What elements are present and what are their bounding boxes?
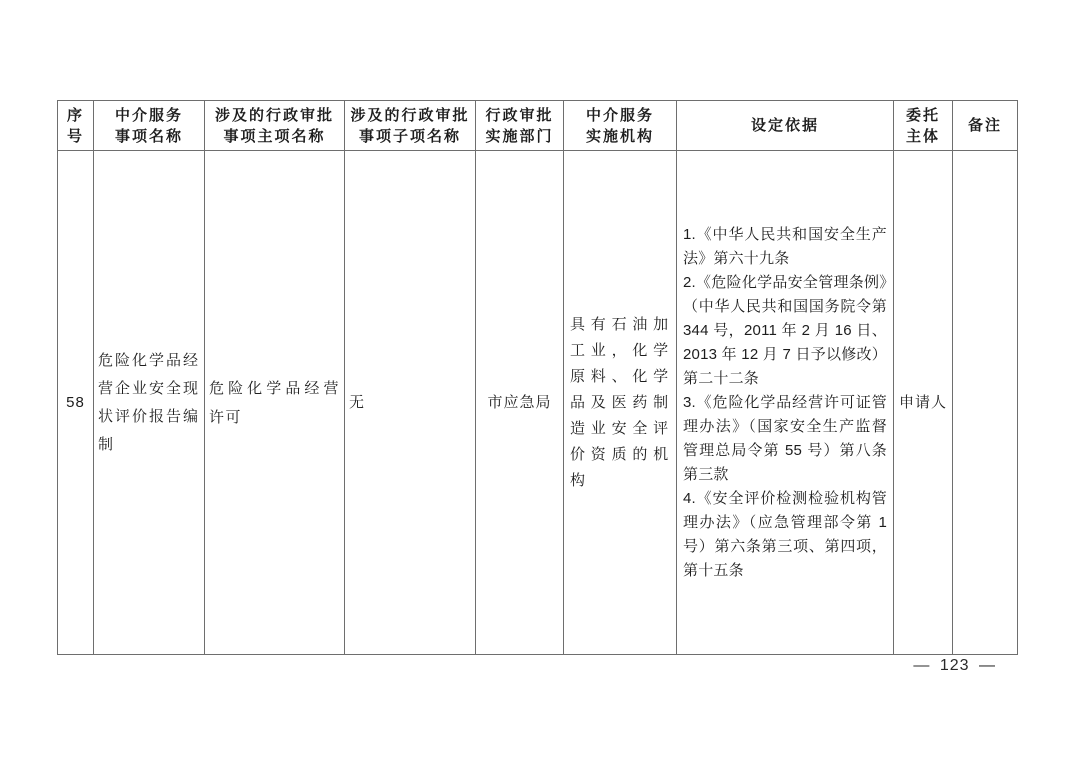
legal-basis-item-3: 3.《危险化学品经营许可证管理办法》（国家安全生产监督管理总局令第 55 号）第… [683,391,887,487]
service-item-name-value: 危险化学品经营企业安全现状评价报告编制 [94,347,204,459]
header-legal-basis: 设定依据 [677,101,894,151]
header-seq: 序 号 [58,101,94,151]
header-remarks: 备注 [953,101,1018,151]
cell-approval-sub-item: 无 [345,151,476,655]
legal-basis-item-1: 1.《中华人民共和国安全生产法》第六十九条 [683,223,887,271]
approval-sub-item-value: 无 [345,389,475,416]
cell-approval-department: 市应急局 [476,151,564,655]
cell-principal: 申请人 [894,151,953,655]
header-service-agency: 中介服务 实施机构 [564,101,677,151]
approval-department-value: 市应急局 [476,389,563,416]
principal-value: 申请人 [894,389,952,416]
seq-value: 58 [58,389,93,416]
cell-service-item-name: 危险化学品经营企业安全现状评价报告编制 [94,151,205,655]
legal-basis-item-2: 2.《危险化学品安全管理条例》（中华人民共和国国务院令第 344 号，2011 … [683,271,887,391]
cell-service-agency: 具有石油加工业，化学原料、化学品及医药制造业安全评价资质的机构 [564,151,677,655]
cell-approval-main-item: 危险化学品经营许可 [205,151,345,655]
header-approval-main-item: 涉及的行政审批 事项主项名称 [205,101,345,151]
service-agency-value: 具有石油加工业，化学原料、化学品及医药制造业安全评价资质的机构 [564,312,676,494]
header-approval-sub-item: 涉及的行政审批 事项子项名称 [345,101,476,151]
header-approval-department: 行政审批 实施部门 [476,101,564,151]
header-service-item-name: 中介服务 事项名称 [94,101,205,151]
cell-legal-basis: 1.《中华人民共和国安全生产法》第六十九条 2.《危险化学品安全管理条例》（中华… [677,151,894,655]
approval-main-item-value: 危险化学品经营许可 [205,374,344,432]
header-principal: 委托 主体 [894,101,953,151]
page-number: — 123 — [913,657,996,675]
document-page: 序 号 中介服务 事项名称 涉及的行政审批 事项主项名称 涉及的行政审批 事项子… [0,0,1074,757]
cell-seq: 58 [58,151,94,655]
legal-basis-item-4: 4.《安全评价检测检验机构管理办法》（应急管理部令第 1 号）第六条第三项、第四… [683,487,887,583]
intermediary-services-table: 序 号 中介服务 事项名称 涉及的行政审批 事项主项名称 涉及的行政审批 事项子… [57,100,1018,655]
cell-remarks [953,151,1018,655]
